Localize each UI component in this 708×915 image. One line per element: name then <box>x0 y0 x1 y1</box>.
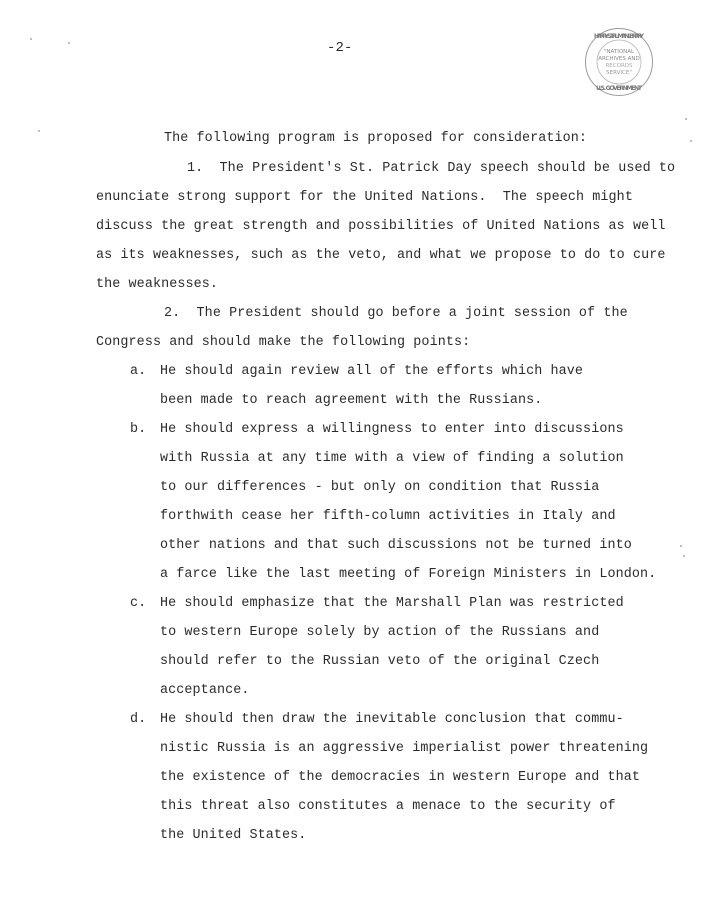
paragraph-line: discuss the great strength and possibili… <box>96 219 666 235</box>
point-line: the existence of the democracies in west… <box>160 770 640 786</box>
point-marker: a. <box>130 364 146 380</box>
stamp-bottom-text: U.S. GOVERNMENT <box>596 85 643 92</box>
paragraph-line: as its weaknesses, such as the veto, and… <box>96 248 666 264</box>
point-line: He should express a willingness to enter… <box>160 422 624 438</box>
paragraph-line: the weaknesses. <box>96 277 218 293</box>
point-line: been made to reach agreement with the Ru… <box>160 393 542 409</box>
point-line: the United States. <box>160 828 306 844</box>
intro-text: The following program is proposed for co… <box>164 131 587 147</box>
point-marker: b. <box>130 422 146 438</box>
document-page: -2- "NATIONAL ARCHIVES AND RECORDS SERVI… <box>0 0 708 915</box>
point-line: acceptance. <box>160 683 250 699</box>
point-line: He should emphasize that the Marshall Pl… <box>160 596 624 612</box>
point-line: should refer to the Russian veto of the … <box>160 654 599 670</box>
page-number: -2- <box>327 40 353 56</box>
point-line: other nations and that such discussions … <box>160 538 632 554</box>
stamp-seal-icon: "NATIONAL ARCHIVES AND RECORDS SERVICE" … <box>586 29 652 95</box>
point-line: forthwith cease her fifth-column activit… <box>160 509 616 525</box>
paragraph-line: enunciate strong support for the United … <box>96 190 633 206</box>
point-line: this threat also constitutes a menace to… <box>160 799 616 815</box>
paragraph-line: Congress and should make the following p… <box>96 335 470 351</box>
stamp-line-4: SERVICE" <box>606 70 632 76</box>
point-line: with Russia at any time with a view of f… <box>160 451 624 467</box>
stamp-line-2: ARCHIVES AND <box>598 56 640 62</box>
point-line: to western Europe solely by action of th… <box>160 625 599 641</box>
stamp-outer-text: HARRY S. TRUMAN LIBRARY <box>594 33 645 40</box>
point-line: He should again review all of the effort… <box>160 364 583 380</box>
point-line: nistic Russia is an aggressive imperiali… <box>160 741 648 757</box>
stamp-line-3: RECORDS <box>605 63 633 69</box>
point-marker: d. <box>130 712 146 728</box>
stamp-line-1: "NATIONAL <box>604 49 635 55</box>
point-line: to our differences - but only on conditi… <box>160 480 599 496</box>
point-line: He should then draw the inevitable concl… <box>160 712 624 728</box>
point-line: a farce like the last meeting of Foreign… <box>160 567 656 583</box>
paragraph-line: 2. The President should go before a join… <box>164 306 628 322</box>
point-marker: c. <box>130 596 146 612</box>
archives-stamp: "NATIONAL ARCHIVES AND RECORDS SERVICE" … <box>585 28 653 96</box>
paragraph-line: 1. The President's St. Patrick Day speec… <box>187 161 675 177</box>
